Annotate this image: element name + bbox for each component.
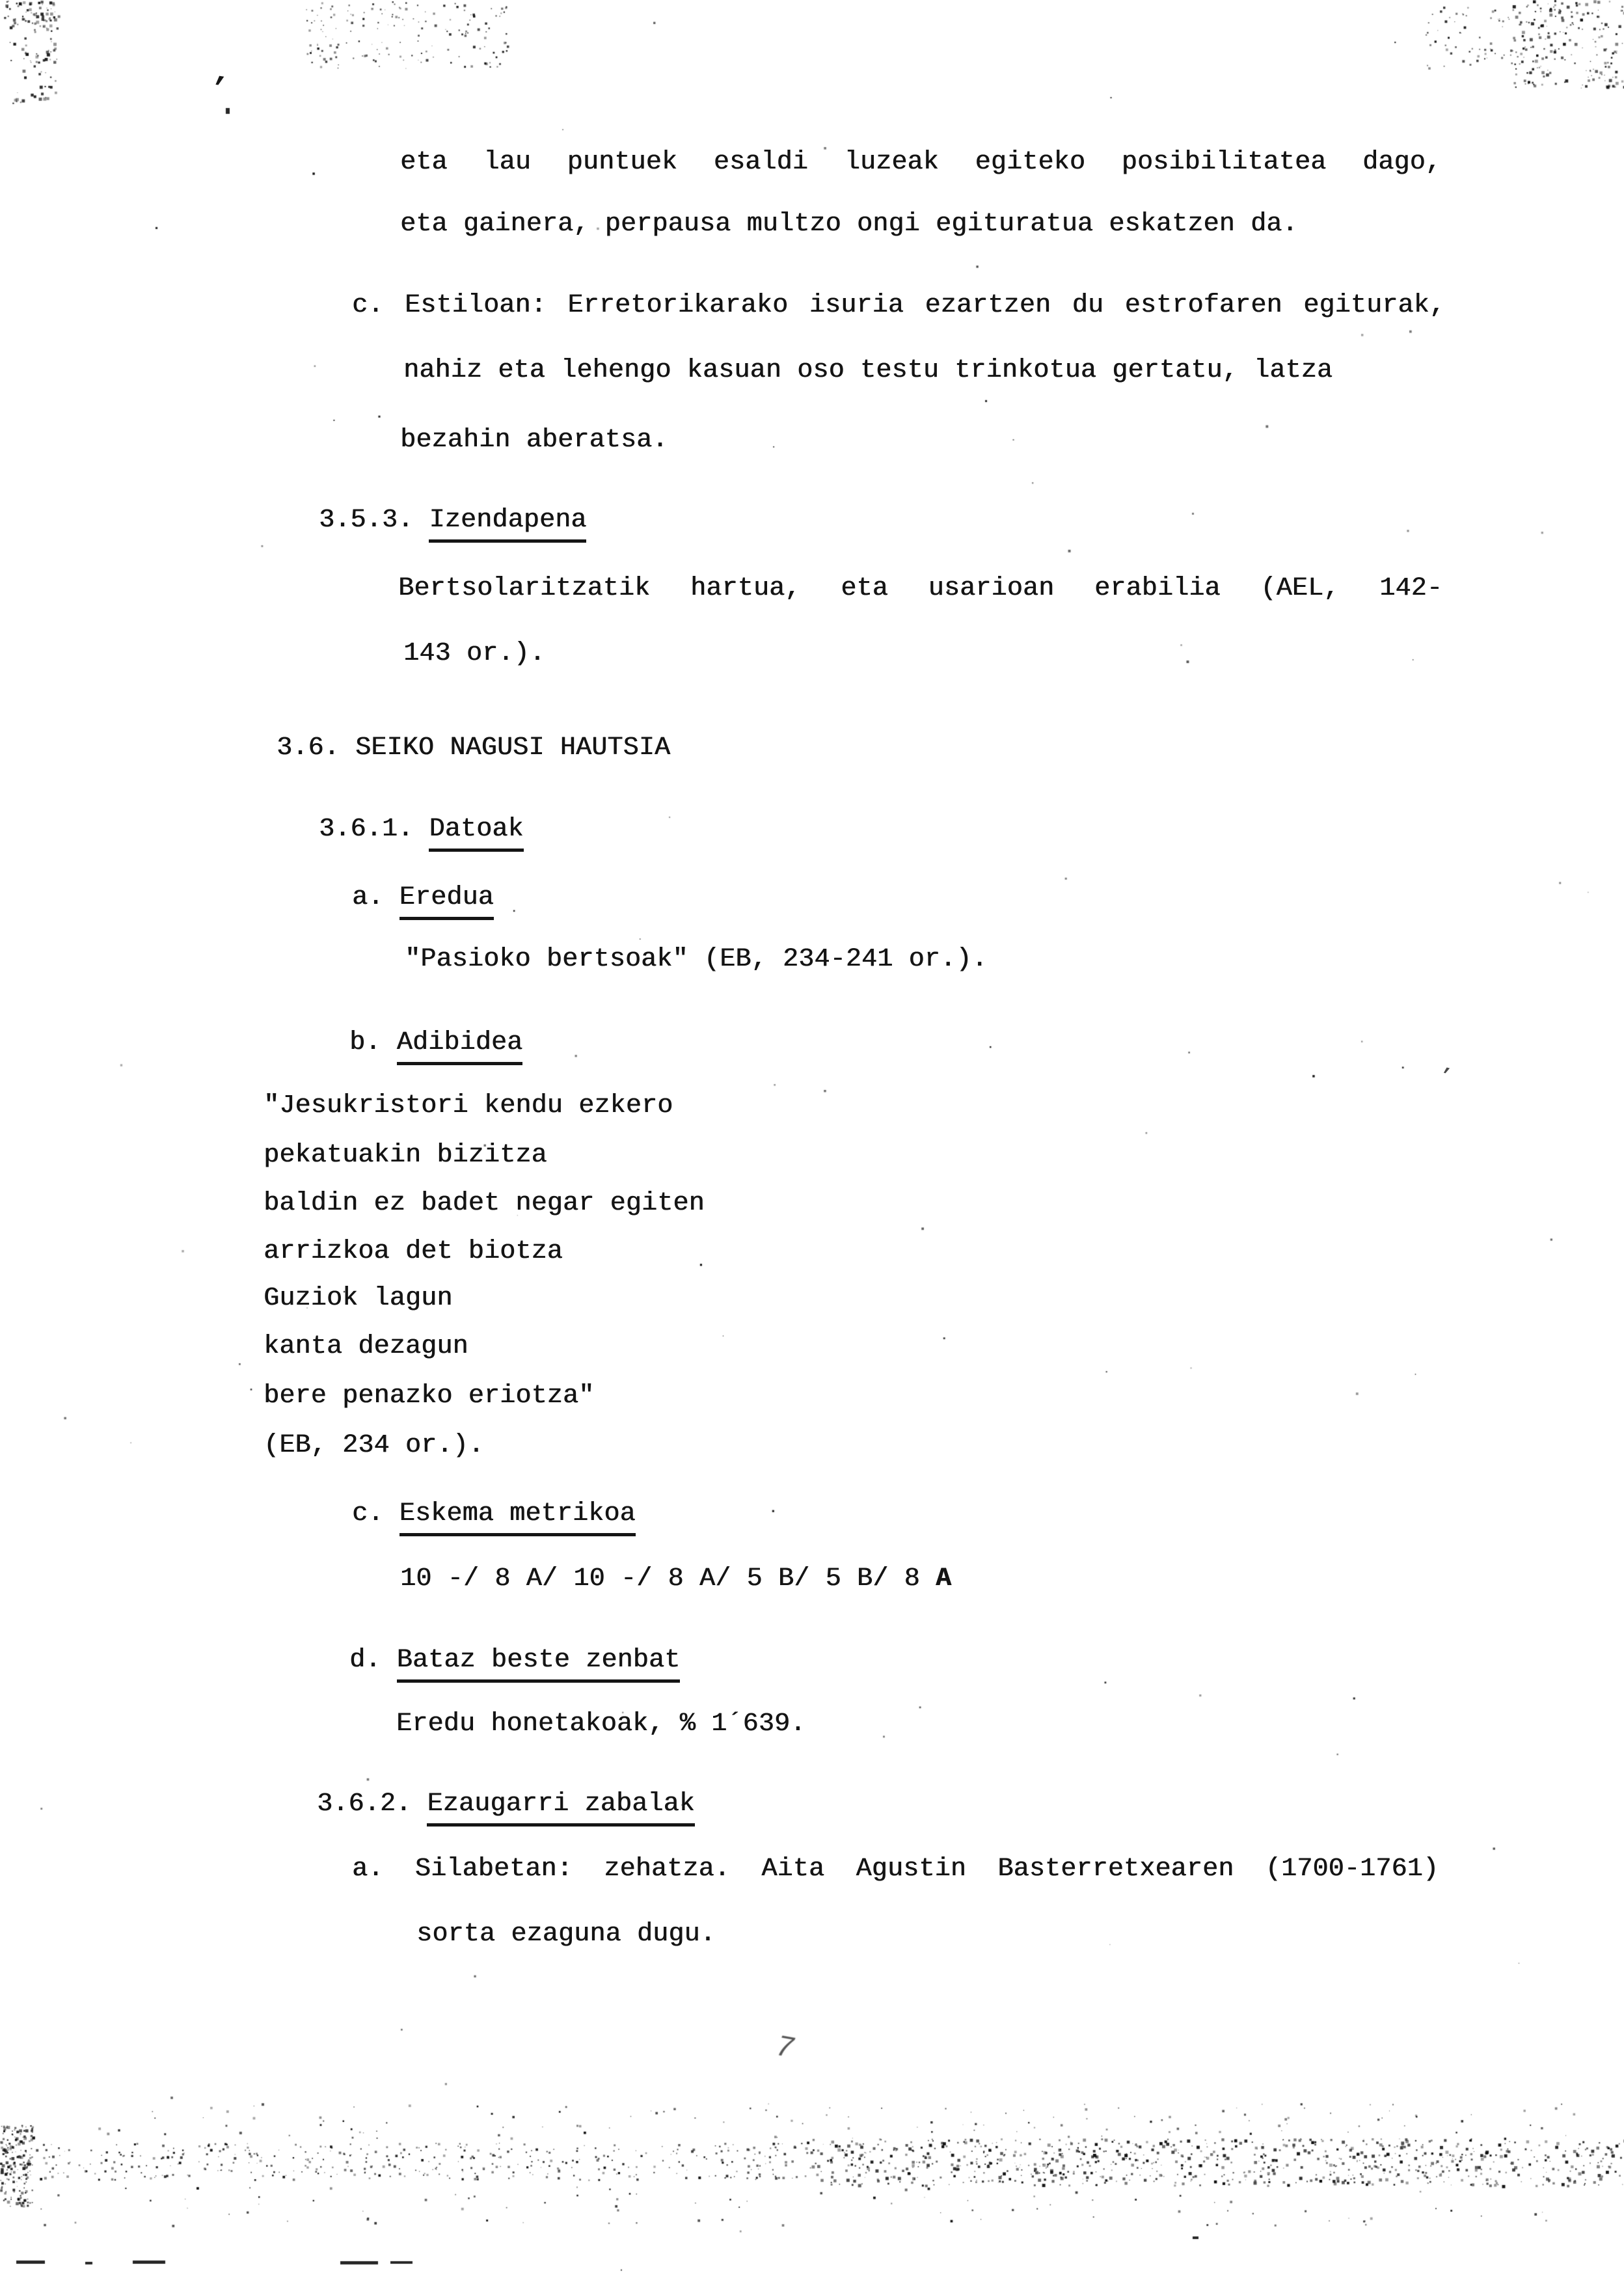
paragraph-line: Bertsolaritzatik hartua, eta usarioan er…: [398, 572, 1442, 606]
verse-line: baldin ez badet negar egiten: [264, 1187, 705, 1221]
heading-3-5-3-izendapena: 3.5.3. Izendapena: [319, 504, 586, 537]
list-item-a-silabetan: a. Silabetan: zehatza. Aita Agustin Bast…: [352, 1853, 1439, 1886]
list-item-d-bataz-beste-zenbat: d. Bataz beste zenbat: [349, 1644, 680, 1678]
heading-3-6-2-ezaugarri-zabalak: 3.6.2. Ezaugarri zabalak: [317, 1787, 695, 1821]
paragraph-line: sorta ezaguna dugu.: [416, 1918, 716, 1951]
list-item-a-eredua: a. Eredua: [352, 881, 494, 915]
paragraph-line: nahiz eta lehengo kasuan oso testu trink…: [403, 354, 1333, 388]
list-item-c-eskema-metrikoa: c. Eskema metrikoa: [352, 1497, 636, 1531]
paragraph-line: eta lau puntuek esaldi luzeak egiteko po…: [400, 146, 1441, 180]
paragraph-line: bezahin aberatsa.: [400, 424, 668, 457]
list-item-c-estiloan: c. Estiloan: Erretorikarako isuria ezart…: [352, 289, 1445, 323]
verse-line: arrizkoa det biotza: [264, 1235, 563, 1269]
list-item-b-adibidea: b. Adibidea: [349, 1026, 522, 1060]
verse-line: Guziok lagun: [264, 1282, 452, 1316]
paragraph-line: 143 or.).: [403, 637, 545, 671]
paragraph-line: Eredu honetakoak, % 1´639.: [396, 1707, 805, 1741]
paragraph-line: eta gainera, perpausa multzo ongi egitur…: [400, 208, 1298, 241]
citation-line: "Pasioko bertsoak" (EB, 234-241 or.).: [405, 943, 988, 977]
citation-line: (EB, 234 or.).: [264, 1429, 484, 1463]
metric-scheme: 10 -/ 8 A/ 10 -/ 8 A/ 5 B/ 5 B/ 8 A: [400, 1562, 951, 1596]
heading-3-6-seiko-nagusi-hautsia: 3.6. SEIKO NAGUSI HAUTSIA: [277, 731, 670, 765]
document-text: eta lau puntuek esaldi luzeak egiteko po…: [0, 0, 1624, 2282]
verse-line: kanta dezagun: [264, 1330, 468, 1364]
verse-line: bere penazko eriotza": [264, 1379, 594, 1413]
verse-line: pekatuakin bizitza: [264, 1139, 547, 1173]
scanned-page: eta lau puntuek esaldi luzeak egiteko po…: [0, 0, 1624, 2282]
verse-line: "Jesukristori kendu ezkero: [264, 1089, 673, 1123]
heading-3-6-1-datoak: 3.6.1. Datoak: [319, 813, 524, 847]
